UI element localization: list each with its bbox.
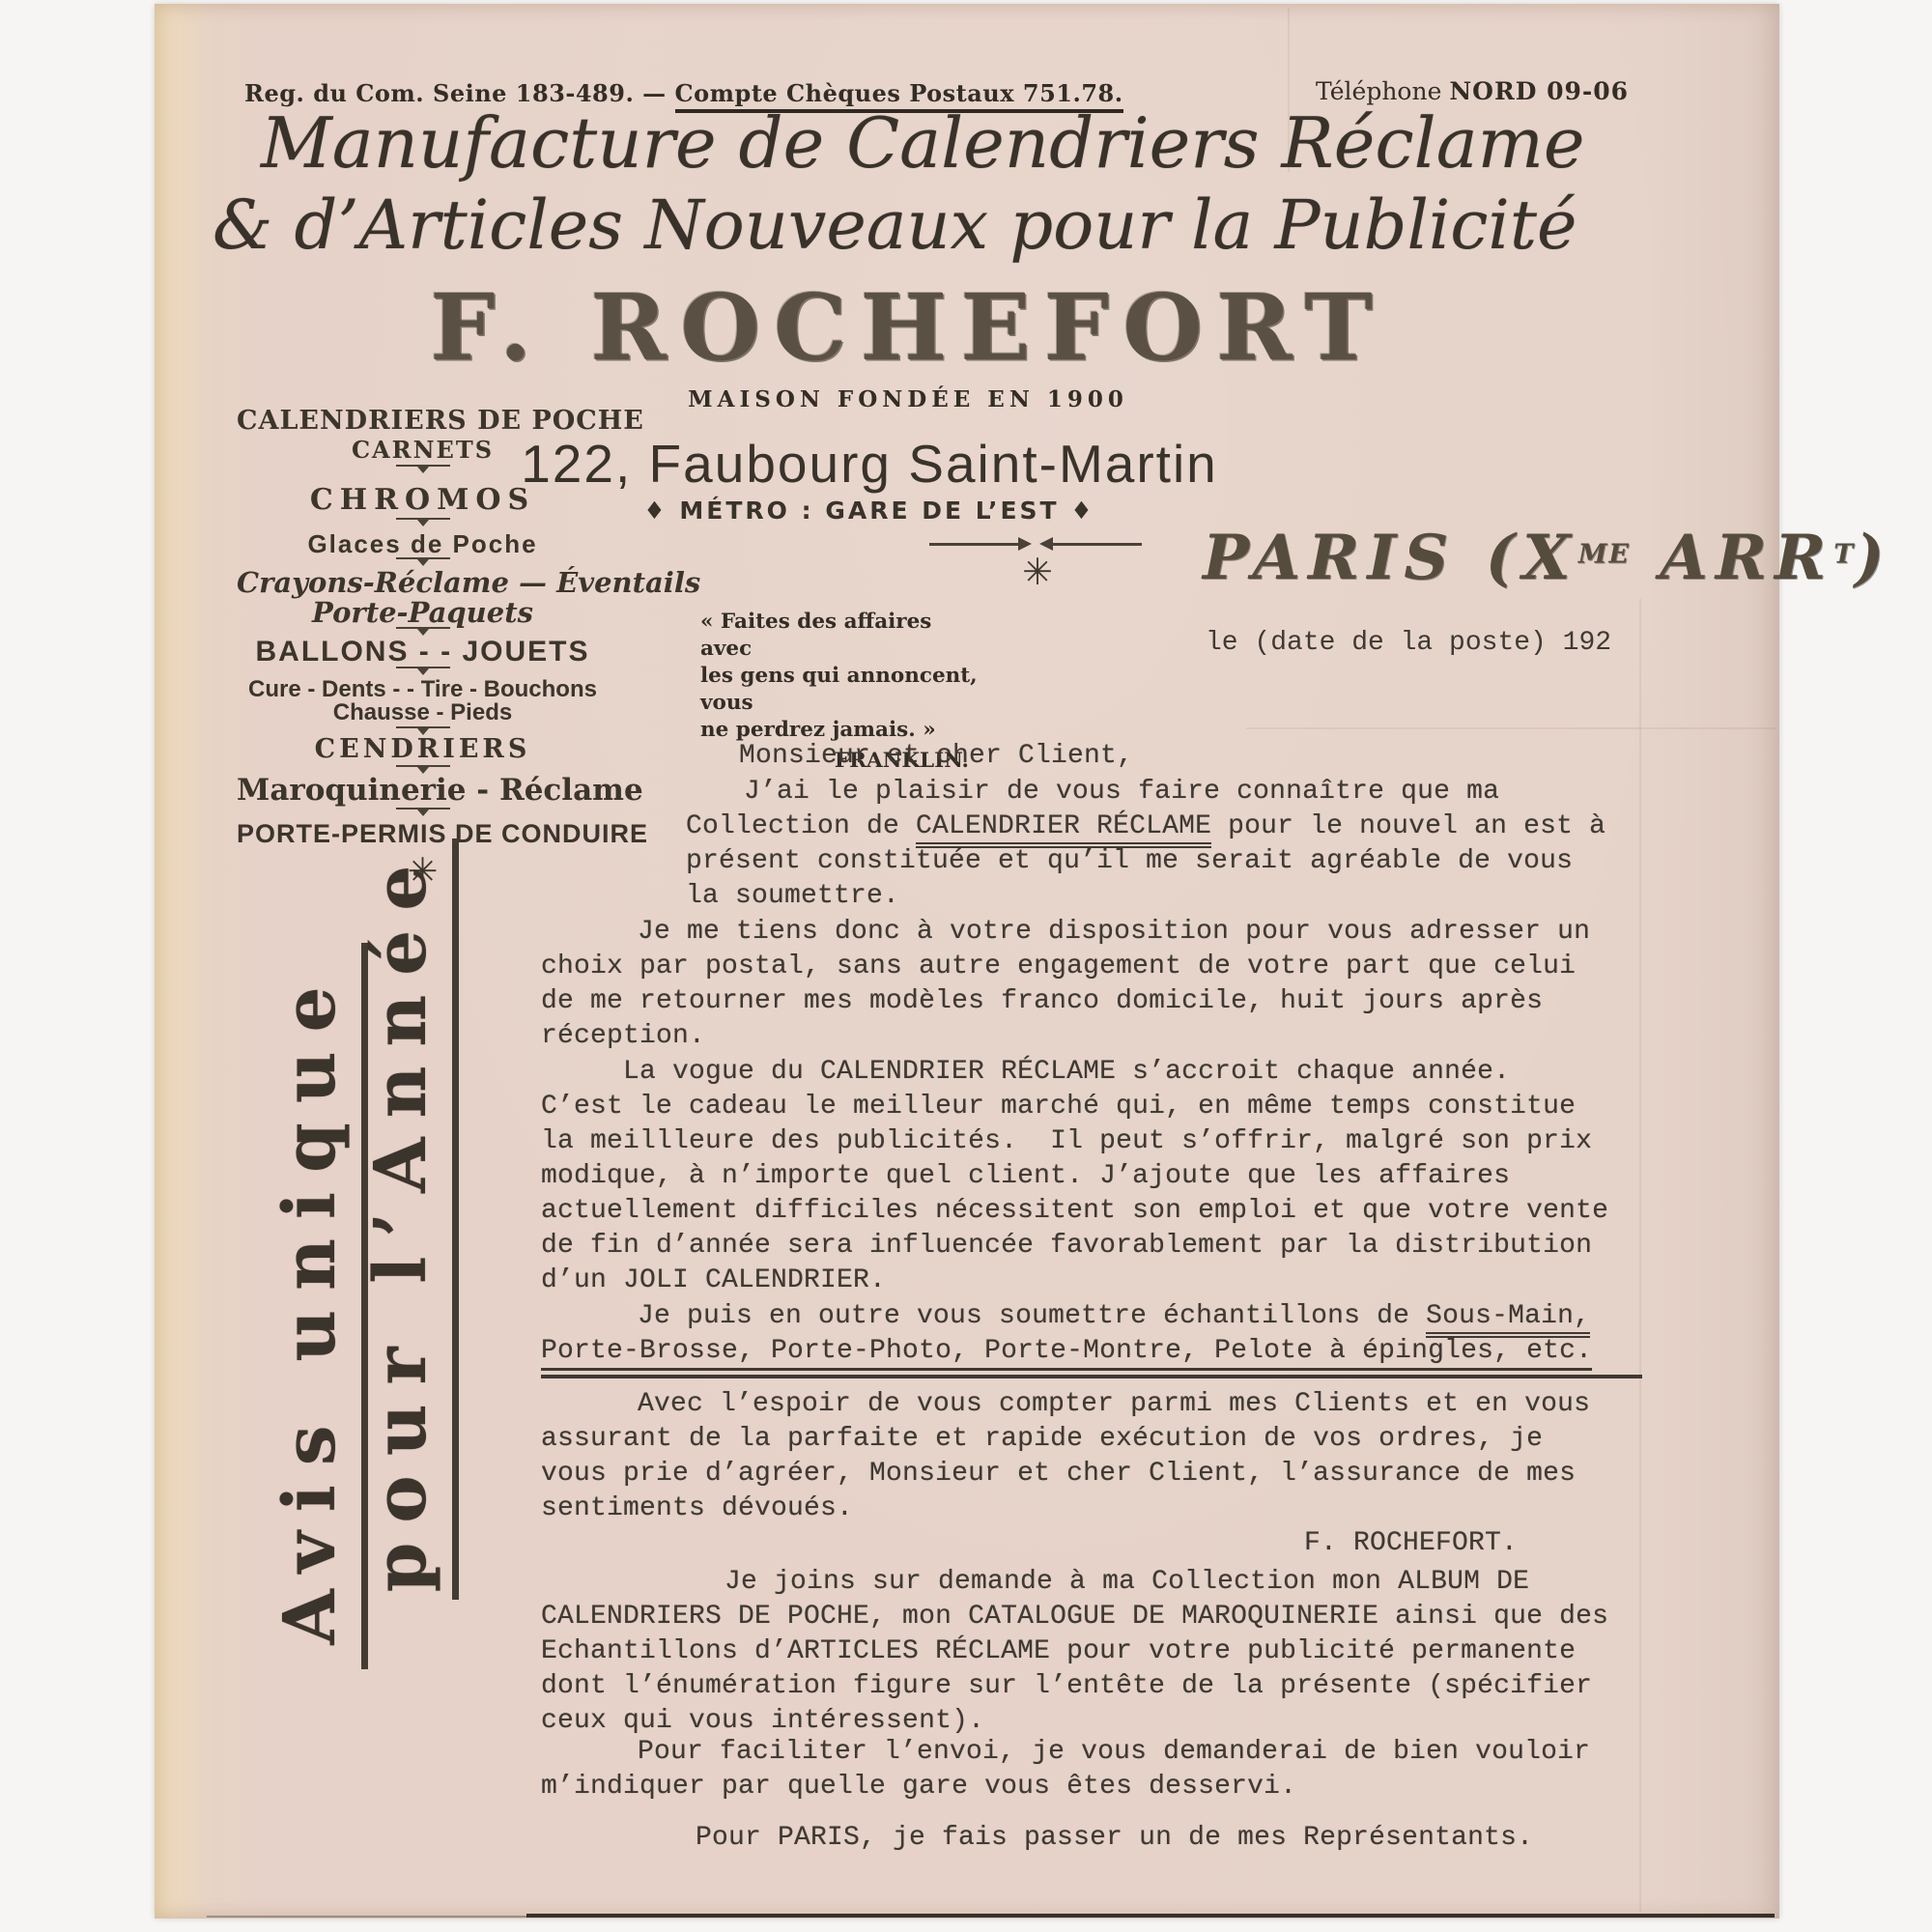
arrow-tail-right: [1053, 543, 1142, 546]
date-line: le (date de la poste) 192: [1206, 628, 1611, 658]
divider-ornament-icon: [237, 518, 609, 520]
underlined-calendrier-reclame: CALENDRIER RÉCLAME: [916, 811, 1211, 848]
scan-edge-line: [526, 1914, 1775, 1918]
sidebar-item-crayons-reclame-eventails: Crayons-Réclame — Éventails: [237, 566, 609, 599]
star-ornament-icon: ✳: [1016, 551, 1059, 593]
salutation: Monsieur et cher Client,: [541, 739, 1642, 774]
underlined-articles-list: Porte-Brosse, Porte-Photo, Porte-Montre,…: [541, 1336, 1592, 1371]
divider-ornament-icon: [237, 667, 609, 668]
vertical-banner-avis-unique: Avis unique: [269, 943, 368, 1669]
sidebar-item-glaces-de-poche: Glaces de Poche: [237, 529, 609, 559]
letterhead-scan: Reg. du Com. Seine 183-489. — Compte Chè…: [0, 0, 1932, 1932]
signature: F. ROCHEFORT.: [541, 1526, 1642, 1561]
paragraph-2: Je me tiens donc à votre disposition pou…: [541, 915, 1642, 1054]
telephone-line: Téléphone NORD 09-06: [1316, 77, 1629, 105]
arrow-head-left-icon: [1039, 537, 1053, 551]
sidebar-item-porte-paquets: Porte-Paquets: [237, 596, 609, 629]
arrow-ornament: [929, 537, 1142, 551]
arrow-head-right-icon: [1018, 537, 1032, 551]
scan-edge-line-faint: [207, 1916, 527, 1918]
metro-line: ♦ MÉTRO : GARE DE L’EST ♦: [541, 497, 1198, 525]
paragraph-6: Je joins sur demande à ma Collection mon…: [541, 1565, 1642, 1739]
city-name: PARIS: [1203, 522, 1456, 594]
vertical-banner-pour-annee: pour l’Année: [359, 838, 459, 1600]
telephone-label: Téléphone: [1316, 77, 1449, 105]
paragraph-7: Pour faciliter l’envoi, je vous demander…: [541, 1735, 1642, 1804]
divider-ornament-icon: [237, 627, 609, 629]
letter-body: Monsieur et cher Client, J’ai le plaisir…: [541, 723, 1642, 1856]
arrow-tail-left: [929, 543, 1018, 546]
sidebar-item-carnets: CARNETS: [237, 436, 609, 464]
city-line: PARIS (XME ARRT): [1203, 522, 1892, 594]
sidebar-item-ballons-jouets: BALLONS - - JOUETS: [237, 636, 609, 668]
telephone-number: NORD 09-06: [1449, 77, 1629, 105]
paragraph-1: J’ai le plaisir de vous faire connaître …: [686, 775, 1642, 914]
underlined-sous-main: Sous-Main,: [1426, 1301, 1590, 1338]
paragraph-4: Je puis en outre vous soumettre échantil…: [541, 1299, 1642, 1378]
sidebar-item-calendriers-de-poche: CALENDRIERS DE POCHE: [237, 406, 609, 436]
divider-ornament-icon: [237, 557, 609, 559]
quote-line: les gens qui annoncent, vous: [700, 663, 990, 717]
founded-line: MAISON FONDÉE EN 1900: [618, 386, 1198, 412]
paragraph-3: La vogue du CALENDRIER RÉCLAME s’accroit…: [541, 1055, 1642, 1298]
paragraph-8: Pour PARIS, je fais passer un de mes Rep…: [541, 1821, 1642, 1856]
sidebar-item-chromos: CHROMOS: [237, 483, 609, 517]
paragraph-5: Avec l’espoir de vous compter parmi mes …: [541, 1387, 1642, 1526]
divider-ornament-icon: [237, 465, 609, 467]
quote-line: « Faites des affaires avec: [700, 609, 990, 663]
